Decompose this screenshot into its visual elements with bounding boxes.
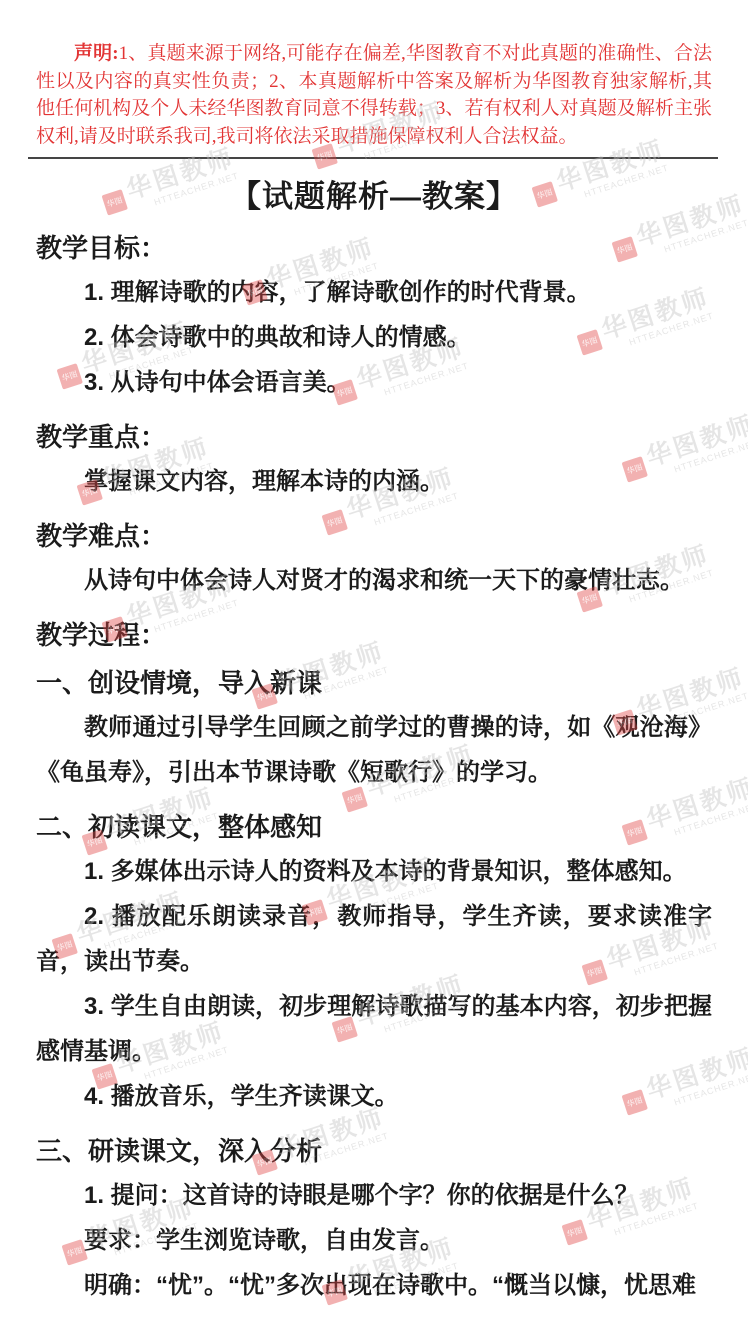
document-content: 声明:1、真题来源于网络,可能存在偏差,华图教育不对此真题的准确性、合法性以及内…	[0, 40, 748, 1308]
subsection-heading-3: 三、研读课文，深入分析	[36, 1135, 712, 1167]
subsection-heading-2: 二、初读课文，整体感知	[36, 811, 712, 843]
process-step: 要求：学生浏览诗歌，自由发言。	[36, 1218, 712, 1263]
subsection-heading-1: 一、创设情境，导入新课	[36, 667, 712, 699]
difficulty-text: 从诗句中体会诗人对贤才的渴求和统一天下的豪情壮志。	[36, 558, 712, 603]
section-heading-difficulties: 教学难点：	[36, 520, 712, 552]
process-step: 明确：“忧”。“忧”多次出现在诗歌中。“慨当以慷，忧思难	[36, 1263, 712, 1308]
section-heading-process: 教学过程：	[36, 619, 712, 651]
process-paragraph: 教师通过引导学生回顾之前学过的曹操的诗，如《观沧海》《龟虽寿》，引出本节课诗歌《…	[36, 705, 712, 795]
disclaimer-divider	[28, 157, 718, 159]
process-step: 3. 学生自由朗读，初步理解诗歌描写的基本内容，初步把握感情基调。	[36, 984, 712, 1074]
objective-item: 2. 体会诗歌中的典故和诗人的情感。	[36, 315, 712, 360]
disclaimer-text: 1、真题来源于网络,可能存在偏差,华图教育不对此真题的准确性、合法性以及内容的真…	[36, 43, 712, 147]
section-heading-key-points: 教学重点：	[36, 421, 712, 453]
disclaimer-label: 声明:	[74, 43, 119, 64]
key-point-text: 掌握课文内容，理解本诗的内涵。	[36, 459, 712, 504]
process-step: 2. 播放配乐朗读录音，教师指导，学生齐读，要求读准字音，读出节奏。	[36, 894, 712, 984]
process-step: 4. 播放音乐，学生齐读课文。	[36, 1074, 712, 1119]
objective-item: 3. 从诗句中体会语言美。	[36, 360, 712, 405]
process-step: 1. 多媒体出示诗人的资料及本诗的背景知识，整体感知。	[36, 849, 712, 894]
document-page: 华图华图教师HTTEACHER.NET华图华图教师HTTEACHER.NET华图…	[0, 0, 748, 1335]
section-heading-objectives: 教学目标：	[36, 232, 712, 264]
process-step: 1. 提问：这首诗的诗眼是哪个字？你的依据是什么？	[36, 1173, 712, 1218]
disclaimer: 声明:1、真题来源于网络,可能存在偏差,华图教育不对此真题的准确性、合法性以及内…	[36, 40, 712, 150]
page-title: 【试题解析—教案】	[0, 171, 748, 216]
objective-item: 1. 理解诗歌的内容，了解诗歌创作的时代背景。	[36, 270, 712, 315]
